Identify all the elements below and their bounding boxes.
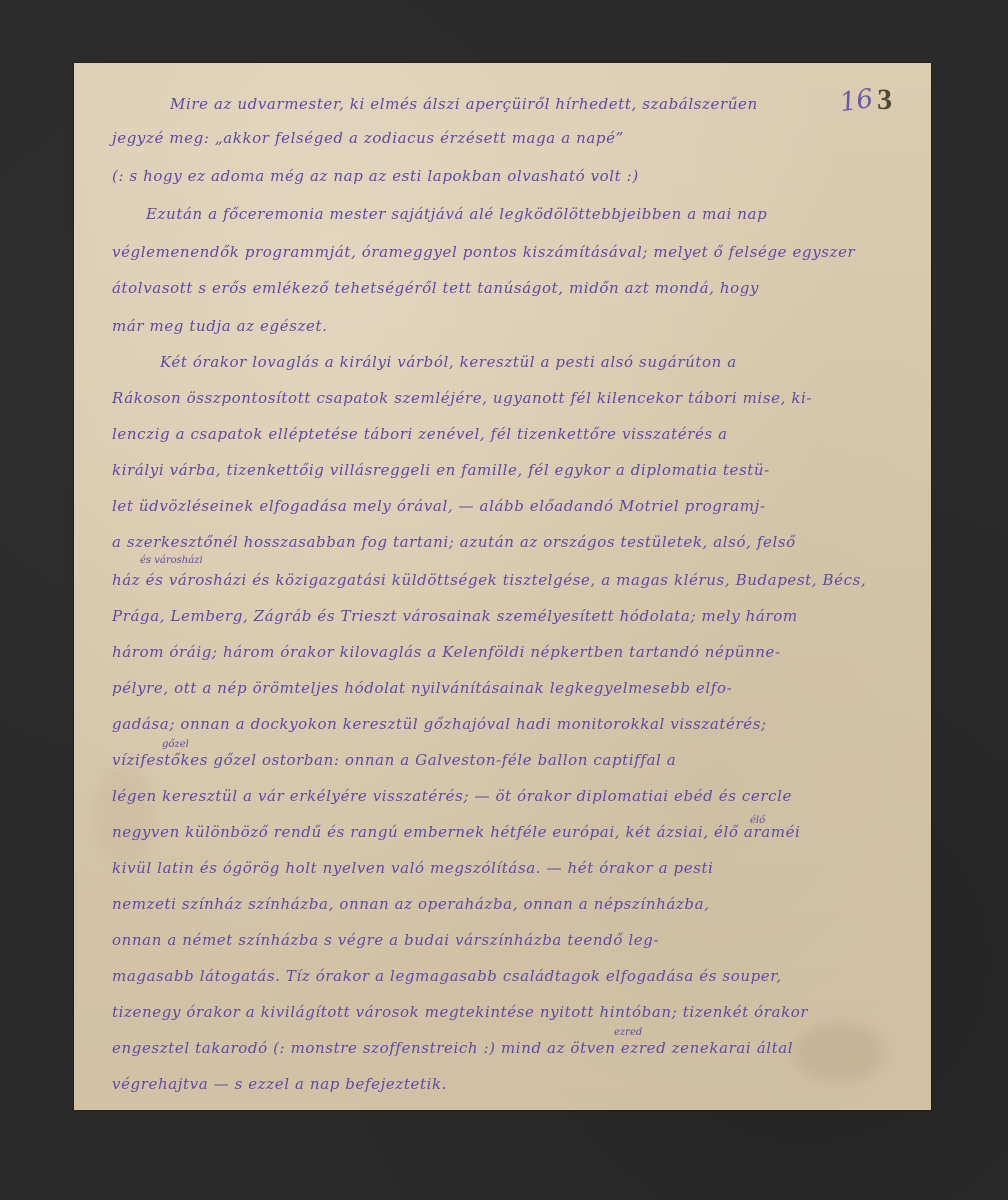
- manuscript-line: a szerkesztőnél hosszasabban fog tartani…: [112, 533, 796, 551]
- manuscript-line: átolvasott s erős emlékező tehetségéről …: [112, 279, 759, 297]
- manuscript-line: Két órakor lovaglás a királyi várból, ke…: [160, 353, 737, 371]
- manuscript-line: végleme­nendők programmját, órameggyel p…: [112, 243, 855, 261]
- manuscript-line: vízifestőkes gőzel ostorban: onnan a Gal…: [112, 751, 676, 769]
- manuscript-text: Mire az udvarmester, ki elmés álszi aper…: [74, 63, 931, 1110]
- manuscript-line: Ezután a főceremonia mester sajátjává al…: [146, 205, 767, 223]
- manuscript-line: légen keresztül a vár erkélyére visszaté…: [112, 787, 792, 805]
- manuscript-line: tizenegy órakor a kivilágított városok m…: [112, 1003, 808, 1021]
- manuscript-line: végrehajtva — s ezzel a nap befejeztetik…: [112, 1075, 447, 1093]
- manuscript-line: Mire az udvarmester, ki elmés álszi aper…: [170, 95, 758, 113]
- manuscript-line: let üdvözléseinek elfogadása mely órával…: [112, 497, 766, 515]
- interlinear-insert: ezred: [614, 1027, 642, 1038]
- manuscript-line: lenczig a csapatok elléptetése tábori ze…: [112, 425, 728, 443]
- manuscript-line: Rákoson összpontosított csapatok szemléj…: [112, 389, 812, 407]
- interlinear-insert: és városházi: [140, 555, 203, 566]
- manuscript-line: királyi várba, tizenkettőig villásreggel…: [112, 461, 770, 479]
- manuscript-line: engesztel takarodó (: monstre szoffenstr…: [112, 1039, 793, 1057]
- manuscript-line: gadása; onnan a dockyokon keresztül gőzh…: [112, 715, 767, 733]
- manuscript-line: Prága, Lemberg, Zágráb és Trieszt városa…: [112, 607, 798, 625]
- manuscript-page: 16 3 Mire az udvarmester, ki elmés álszi…: [74, 63, 931, 1110]
- manuscript-line: negyven különböző rendű és rangú emberne…: [112, 823, 800, 841]
- manuscript-line: nemzeti színház színházba, onnan az oper…: [112, 895, 710, 913]
- interlinear-insert: gőzel: [162, 739, 189, 750]
- manuscript-line: már meg tudja az egészet.: [112, 317, 327, 335]
- manuscript-line: kivül latin és ógörög holt nyelven való …: [112, 859, 714, 877]
- manuscript-line: magasabb látogatás. Tíz órakor a legmaga…: [112, 967, 782, 985]
- manuscript-line: három óráig; három órakor kilovaglás a K…: [112, 643, 781, 661]
- manuscript-line: (: s hogy ez adoma még az nap az esti la…: [112, 167, 639, 185]
- manuscript-line: ház és városházi és közigazgatási küldöt…: [112, 571, 866, 589]
- manuscript-line: jegyzé meg: „akkor felséged a zodiacus é…: [112, 129, 624, 147]
- manuscript-line: pélyre, ott a nép örömteljes hódolat nyi…: [112, 679, 732, 697]
- manuscript-line: onnan a német színházba s végre a budai …: [112, 931, 659, 949]
